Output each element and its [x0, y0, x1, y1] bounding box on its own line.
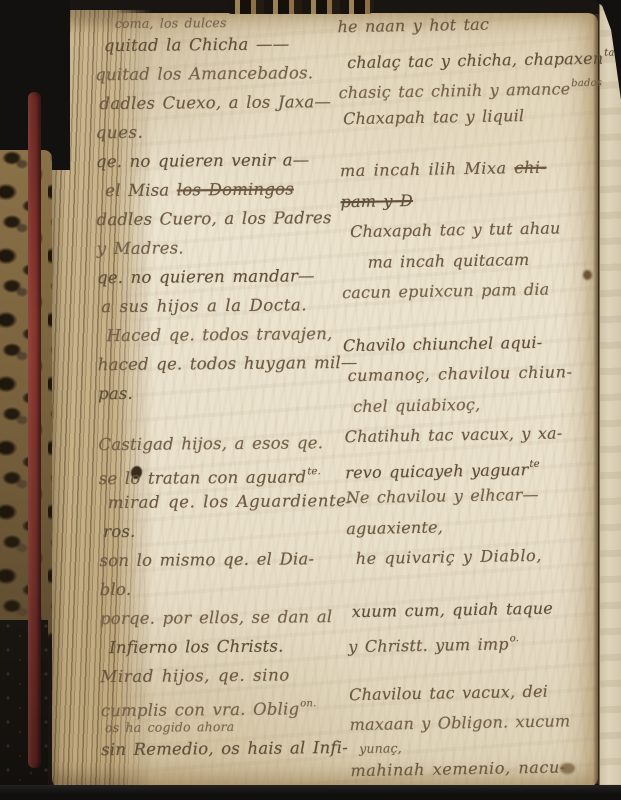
manuscript-line-text: Chavilou tac vacux, dei — [349, 681, 548, 703]
left-text-column: coma, los dulcesquitad la Chicha ——quita… — [95, 14, 368, 764]
manuscript-line: he naan y hot tac — [337, 8, 593, 43]
manuscript-line-text: Chaxapah tac y tut ahau — [350, 218, 561, 241]
manuscript-line-text: coma, los dulces — [115, 15, 227, 31]
manuscript-line: ma incah ilih Mixa chi- — [340, 152, 596, 187]
manuscript-line-text: maxaan y Obligon. xucum — [350, 711, 571, 734]
manuscript-line-text: chasiç tac chinih y amance — [339, 79, 571, 102]
manuscript-line-text: quitad los Amancebados. — [95, 63, 313, 84]
manuscript-line: qe. no quieren venir a— — [96, 145, 362, 176]
manuscript-line-text: pas. — [98, 384, 133, 403]
manuscript-line-text: mirad qe. los Aguardiente- — [108, 491, 353, 512]
manuscript-line-text: dadles Cuero, a los Padres — [96, 208, 331, 229]
manuscript-line: haced qe. todos huygan mil— — [98, 348, 364, 379]
manuscript-line-text: os ha cogido ahora — [105, 719, 235, 735]
manuscript-line: Infierno los Christs. — [109, 631, 366, 662]
manuscript-line: quitad los Amancebados. — [95, 58, 361, 89]
manuscript-line-text: Ne chavilou y elhcar— — [346, 485, 539, 507]
manuscript-line-text: cumplis con vra. Oblig — [101, 699, 300, 720]
manuscript-line-text: he naan y hot tac — [337, 15, 489, 37]
manuscript-line-text: yunaç, — [359, 740, 402, 756]
manuscript-line: xuum cum, quiah taque — [351, 592, 603, 627]
manuscript-line-strike: chi- — [514, 158, 547, 178]
manuscript-line: quitad la Chicha —— — [104, 29, 361, 60]
book-cover-marbled-board — [0, 150, 52, 640]
spine-red-edge-strip — [28, 92, 41, 768]
manuscript-line: porqe. por ellos, se dan al — [100, 602, 366, 633]
manuscript-line: Mirad hijos, qe. sino — [100, 660, 366, 691]
right-text-column: he naan y hot tacchalaç tac y chicha, ch… — [337, 8, 606, 786]
manuscript-line-text: haced qe. todos huygan mil— — [98, 353, 358, 374]
manuscript-line-text: se lo tratan con aguard — [99, 467, 307, 488]
manuscript-line: ques. — [96, 116, 362, 147]
manuscript-line-text: Castigad hijos, a esos qe. — [98, 433, 323, 454]
manuscript-line: Chavilo chiunchel aqui- — [343, 326, 599, 361]
manuscript-line: el Misa los Domingos — [105, 174, 362, 205]
manuscript-line: qe. no quieren mandar— — [97, 261, 363, 292]
manuscript-line: aguaxiente, — [346, 509, 602, 544]
manuscript-line-text: Mirad hijos, qe. sino — [100, 665, 290, 686]
manuscript-line-text: a sus hijos a la Docta. — [101, 295, 307, 316]
manuscript-line: mirad qe. los Aguardiente- — [108, 486, 365, 517]
manuscript-line: se lo tratan con aguardte. — [99, 457, 365, 488]
manuscript-line: blo. — [100, 573, 366, 604]
manuscript-line-sup: o. — [510, 633, 520, 644]
manuscript-line-text: quitad la Chicha —— — [104, 34, 290, 55]
manuscript-line: coma, los dulces — [115, 14, 361, 31]
manuscript-line: he quivariç y Diablo, — [356, 540, 603, 575]
manuscript-line: dadles Cuexo, a los Jaxa— — [99, 87, 361, 118]
manuscript-line: Haced qe. todos travajen, — [106, 319, 363, 350]
manuscript-line-strike: pam y D — [340, 191, 413, 211]
manuscript-line-text: blo. — [100, 580, 132, 599]
manuscript-line-sup: on. — [300, 698, 316, 709]
manuscript-photograph: coma, los dulcesquitad la Chicha ——quita… — [0, 0, 621, 800]
manuscript-line-text: cacun epuixcun pam dia — [342, 280, 550, 303]
manuscript-line: Chaxapah tac y liquil — [343, 99, 595, 134]
manuscript-line: y Christt. yum impo. — [348, 623, 604, 658]
manuscript-line-text: chalaç tac y chicha, chapaxen — [347, 48, 603, 71]
manuscript-line-text: Chaxapah tac y liquil — [343, 106, 524, 128]
manuscript-line: cumplis con vra. Obligon. — [101, 689, 367, 720]
manuscript-line: ma incah quitacam — [367, 243, 597, 278]
black-backdrop-bottom — [0, 785, 621, 800]
manuscript-line-text: xuum cum, quiah taque — [352, 598, 554, 621]
manuscript-line: dadles Cuero, a los Padres — [96, 203, 362, 234]
manuscript-line-text: y Christt. yum imp — [348, 634, 509, 656]
manuscript-line-text: aguaxiente, — [346, 517, 443, 538]
manuscript-line-sup: bados — [571, 78, 602, 90]
manuscript-line: ros. — [103, 515, 365, 546]
manuscript-line: Castigad hijos, a esos qe. — [98, 428, 364, 459]
manuscript-line: revo quicayeh yaguarte — [345, 448, 601, 483]
manuscript-line: Chaxapah tac y tut ahau — [350, 213, 597, 248]
manuscript-line-text: sin Remedio, os hais al Infi- — [101, 738, 348, 759]
manuscript-line-strike: los Domingos — [177, 179, 294, 199]
book-top-edge — [226, 0, 374, 14]
manuscript-line: maxaan y Obligon. xucum — [349, 706, 605, 741]
manuscript-line: Ne chavilou y elhcar— — [345, 479, 601, 514]
manuscript-line: son lo mismo qe. el Dia- — [99, 544, 365, 575]
manuscript-line-text: el Misa — [105, 180, 177, 200]
manuscript-line: chalaç tac y chicha, chapaxentac — [347, 38, 594, 73]
manuscript-line-text: qe. no quieren mandar— — [97, 266, 315, 287]
manuscript-line-sup: te — [529, 458, 540, 469]
manuscript-line-text: revo quicayeh yaguar — [345, 460, 529, 482]
manuscript-line-text: porqe. por ellos, se dan al — [100, 607, 332, 628]
manuscript-line: cacun epuixcun pam dia — [342, 274, 598, 309]
manuscript-line-text: Infierno los Christs. — [109, 637, 284, 658]
manuscript-line-text: y Madres. — [97, 238, 184, 258]
manuscript-line-text: qe. no quieren venir a— — [96, 150, 310, 171]
manuscript-line-text: chel quiabixoç, — [353, 394, 481, 415]
manuscript-line: sin Remedio, os hais al Infi- — [101, 733, 367, 764]
manuscript-line: pam y D — [340, 182, 596, 217]
manuscript-line-text: ros. — [103, 522, 136, 541]
manuscript-line-text: he quivariç y Diablo, — [356, 546, 543, 568]
manuscript-line-text: Chatihuh tac vacux, y xa- — [345, 423, 563, 446]
manuscript-line-text: mahinah xemenio, nacu- — [350, 757, 566, 780]
manuscript-line-text: ma incah quitacam — [367, 249, 529, 271]
manuscript-line-text: Haced qe. todos travajen, — [106, 324, 332, 345]
manuscript-line: Chatihuh tac vacux, y xa- — [344, 418, 600, 453]
manuscript-line-text: Chavilo chiunchel aqui- — [343, 332, 543, 354]
manuscript-line-sup: te. — [307, 466, 321, 477]
manuscript-line: Chavilou tac vacux, dei — [349, 675, 605, 710]
manuscript-line: cumanoç, chavilou chiun- — [347, 357, 599, 392]
manuscript-line-text: son lo mismo qe. el Dia- — [99, 549, 314, 570]
manuscript-line-text: ma incah ilih Mixa — [340, 158, 515, 180]
manuscript-line: mahinah xemenio, nacu- — [350, 751, 606, 786]
manuscript-line: chel quiabixoç, — [353, 387, 600, 422]
manuscript-line-text: cumanoç, chavilou chiun- — [347, 362, 572, 385]
manuscript-line-text: dadles Cuexo, a los Jaxa— — [99, 92, 331, 113]
manuscript-line: chasiç tac chinih y amancebados — [338, 69, 594, 104]
manuscript-line: a sus hijos a la Docta. — [101, 290, 363, 321]
manuscript-line: os ha cogido ahora — [105, 718, 367, 735]
manuscript-line: pas. — [98, 377, 364, 408]
manuscript-line-text: ques. — [96, 123, 144, 142]
manuscript-line: y Madres. — [97, 232, 363, 263]
